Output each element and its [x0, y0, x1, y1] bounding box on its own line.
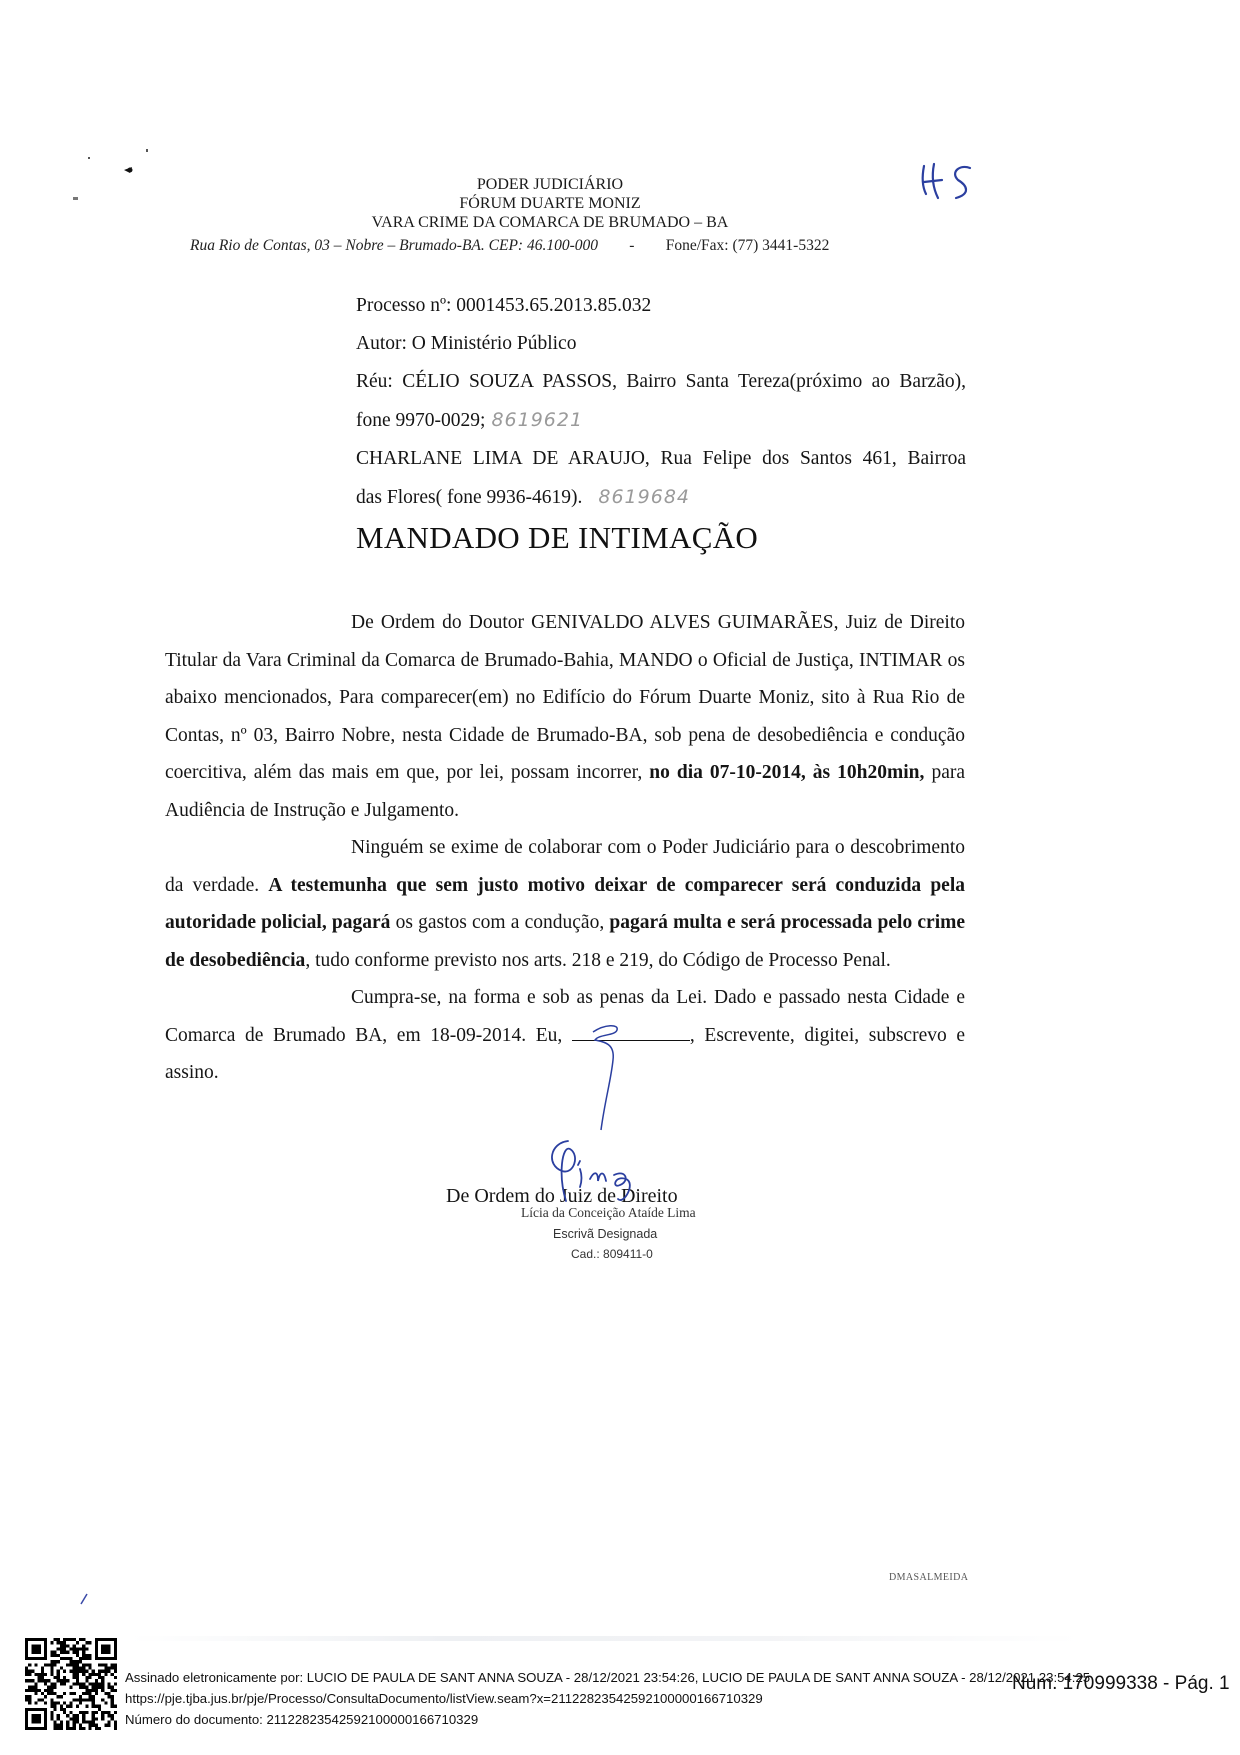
court-address: Rua Rio de Contas, 03 – Nobre – Brumado-…: [190, 237, 598, 254]
footer-signed-by: Assinado eletronicamente por: LUCIO DE P…: [125, 1670, 1090, 1685]
footer-num-page: Num. 170999338 - Pág. 1: [1012, 1673, 1230, 1695]
stray-pen-mark: [78, 1592, 90, 1606]
address-separator: -: [602, 237, 662, 255]
footer-url[interactable]: https://pje.tjba.jus.br/pje/Processo/Con…: [125, 1691, 763, 1706]
qr-code[interactable]: [25, 1638, 117, 1730]
penalty-text-mid: os gastos com a condução,: [396, 912, 605, 933]
author: Autor: O Ministério Público: [356, 325, 966, 363]
pencil-note-1: 8619621: [491, 409, 583, 431]
legal-reference: , tudo conforme previsto nos arts. 218 e…: [305, 950, 890, 971]
defendant-1-phone: fone 9970-0029;: [356, 410, 485, 431]
stamp-role: Escrivã Designada: [553, 1227, 657, 1241]
footer-document-number: Número do documento: 2112282354259210000…: [125, 1712, 478, 1727]
order-text: De Ordem do Doutor GENIVALDO ALVES GUIMA…: [165, 612, 965, 783]
pencil-note-2: 8619684: [598, 486, 690, 508]
handwritten-signature: [540, 1135, 640, 1207]
case-details: Processo nº: 0001453.65.2013.85.032 Auto…: [356, 287, 966, 517]
handwritten-folio-number: [918, 160, 978, 206]
stamp-name: Lícia da Conceição Ataíde Lima: [521, 1205, 696, 1221]
court-phone: Fone/Fax: (77) 3441-5322: [666, 237, 830, 254]
document-body: De Ordem do Doutor GENIVALDO ALVES GUIMA…: [165, 604, 965, 1092]
scan-band-artifact: [130, 1636, 1080, 1641]
paragraph-closing: Cumpra-se, na forma e sob as penas da Le…: [165, 979, 965, 1092]
hearing-date-time: no dia 07-10-2014, às 10h20min,: [649, 762, 924, 783]
defendant-2-phone: das Flores( fone 9936-4619).: [356, 487, 582, 508]
operator-tag: DMASALMEIDA: [889, 1572, 968, 1583]
paragraph-order: De Ordem do Doutor GENIVALDO ALVES GUIMA…: [165, 604, 965, 829]
defendant-2-line-1: CHARLANE LIMA DE ARAUJO, Rua Felipe dos …: [356, 440, 966, 478]
header-line-court: VARA CRIME DA COMARCA DE BRUMADO – BA: [0, 213, 1100, 232]
process-number: Processo nº: 0001453.65.2013.85.032: [356, 287, 966, 325]
defendant-1-line-2: fone 9970-0029;8619621: [356, 401, 966, 440]
stamp-registration: Cad.: 809411-0: [571, 1247, 653, 1261]
defendant-2-line-2: das Flores( fone 9936-4619).8619684: [356, 478, 966, 517]
court-address-line: Rua Rio de Contas, 03 – Nobre – Brumado-…: [190, 237, 829, 255]
clerk-signature-scribble: [585, 1020, 635, 1135]
document-title: MANDADO DE INTIMAÇÃO: [356, 520, 758, 556]
defendant-1-line-1: Réu: CÉLIO SOUZA PASSOS, Bairro Santa Te…: [356, 363, 966, 401]
paragraph-penalty: Ninguém se exime de colaborar com o Pode…: [165, 829, 965, 979]
